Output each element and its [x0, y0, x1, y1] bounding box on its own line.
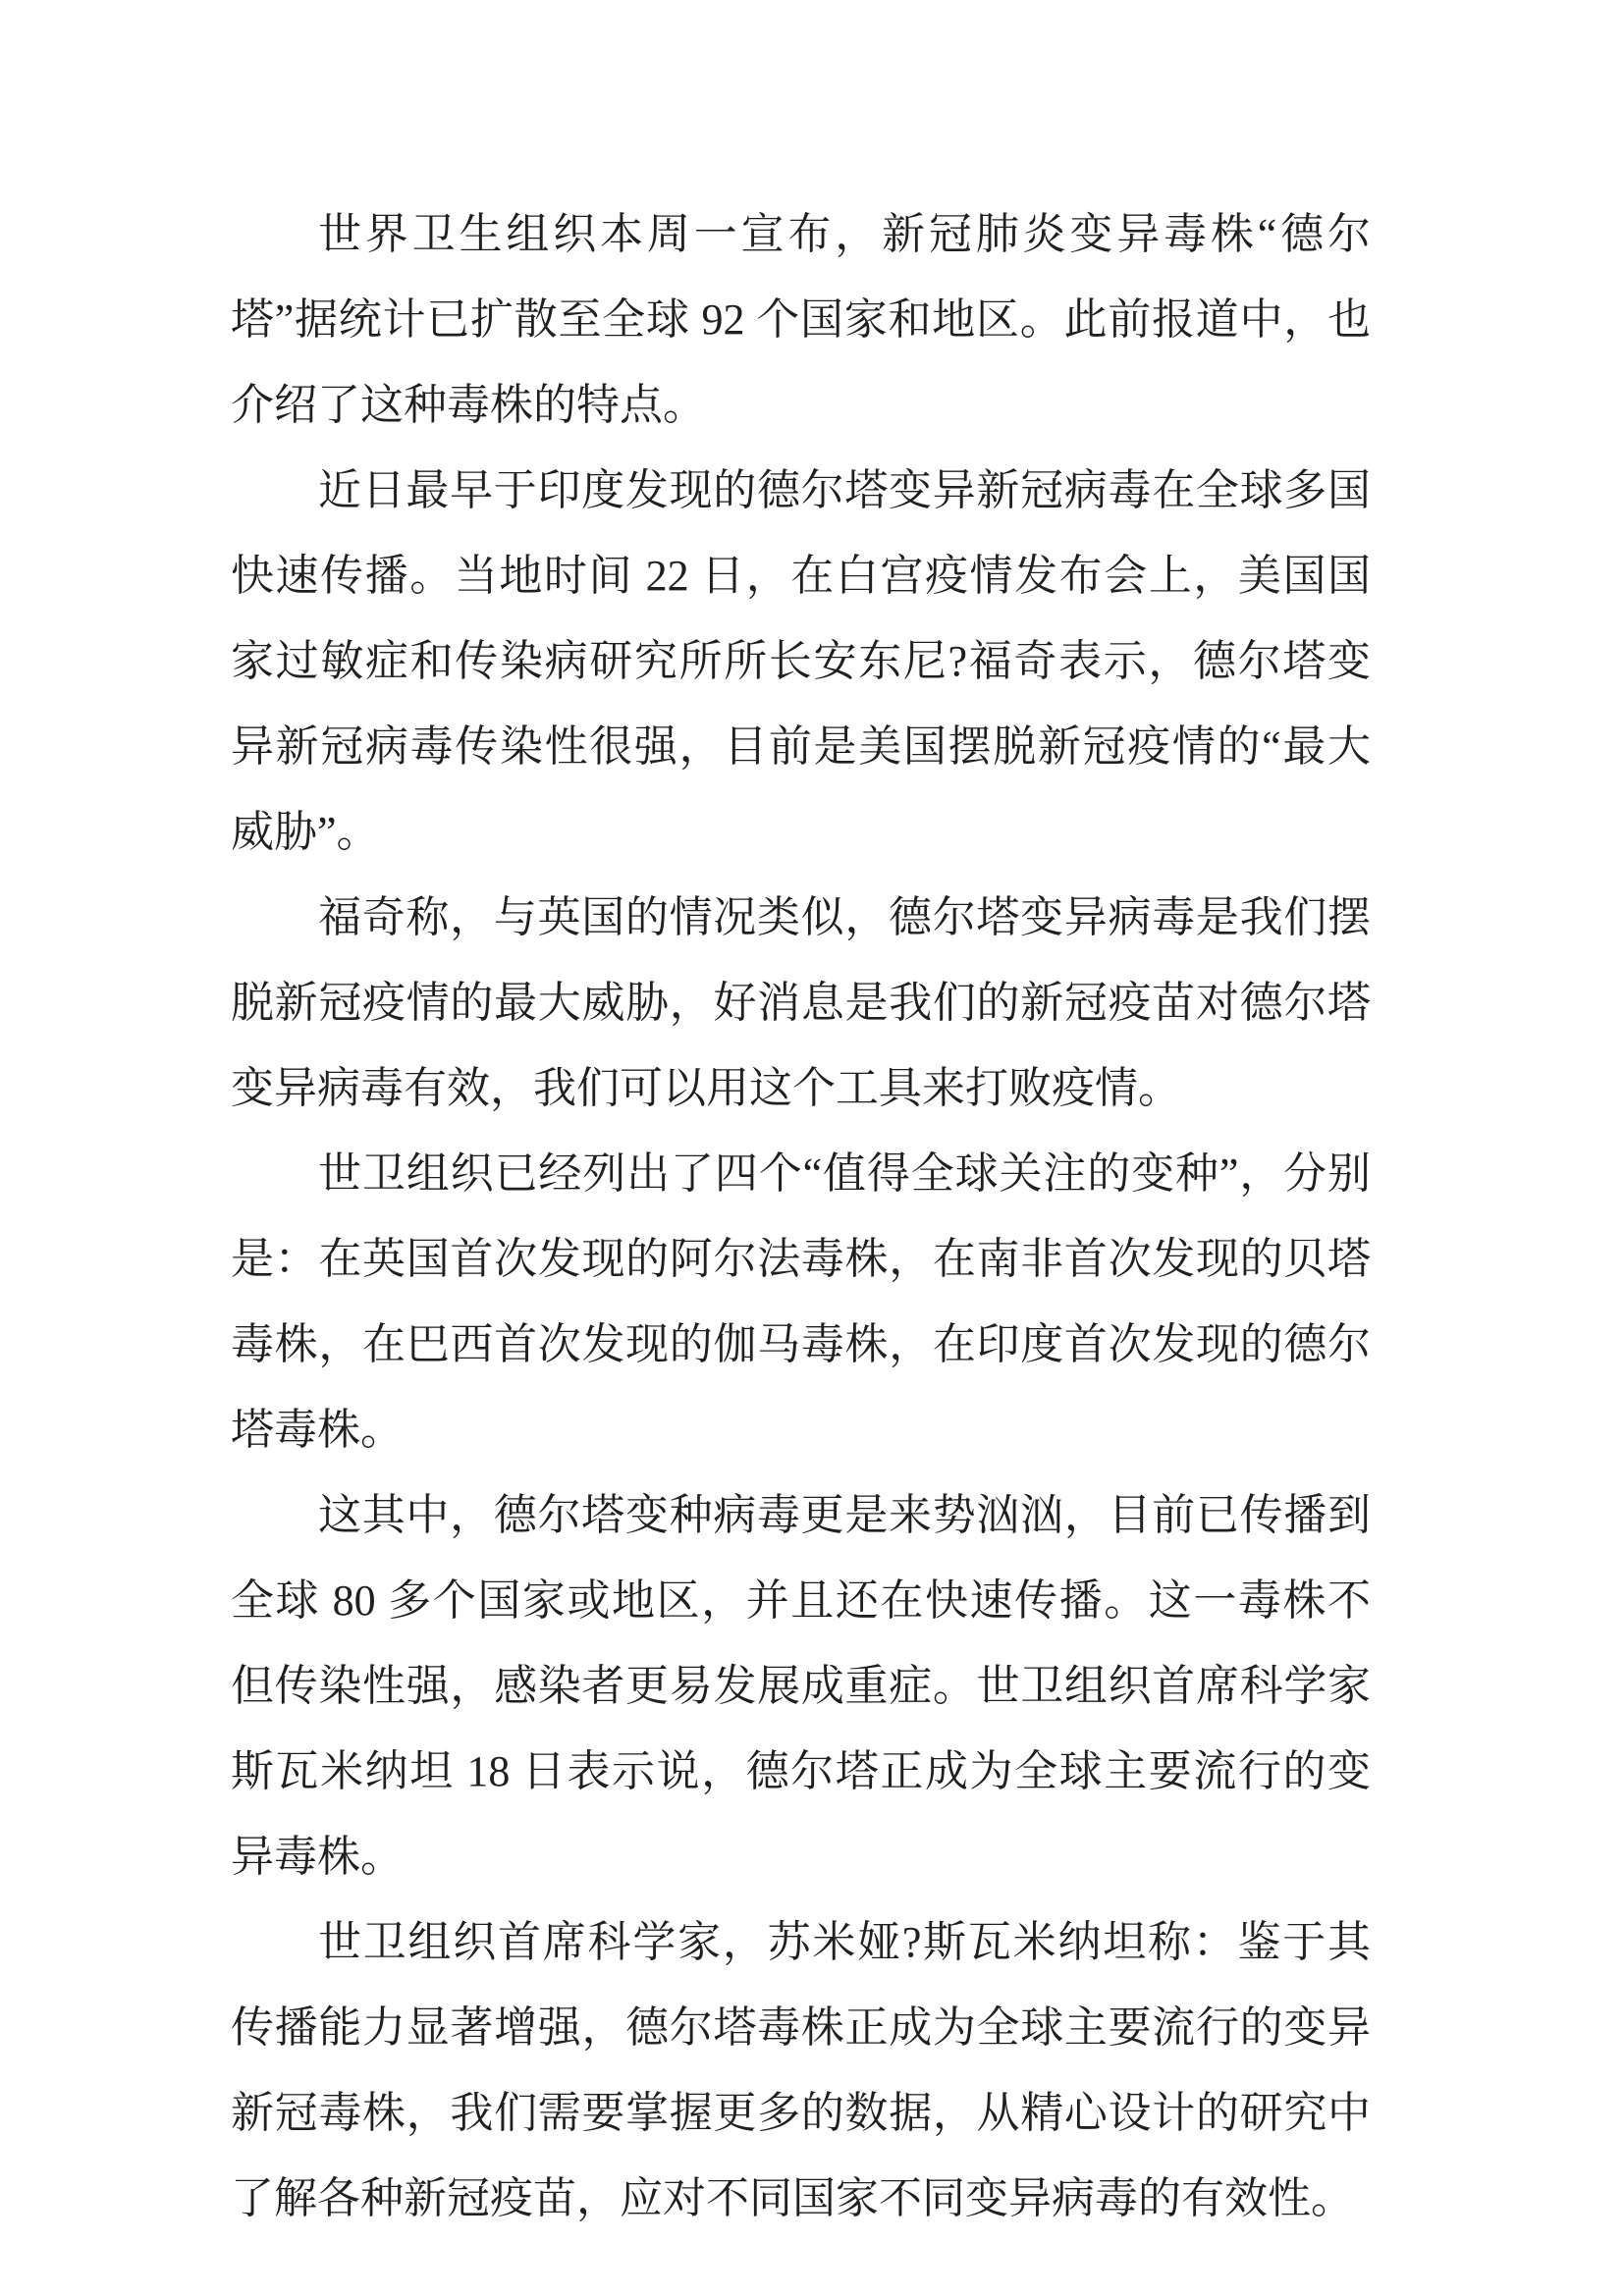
paragraph: 世卫组织已经列出了四个“值得全球关注的变种”，分别是：在英国首次发现的阿尔法毒株… [231, 1131, 1371, 1472]
document-page: 世界卫生组织本周一宣布，新冠肺炎变异毒株“德尔塔”据统计已扩散至全球 92 个国… [0, 0, 1624, 2296]
paragraph: 世卫组织首席科学家，苏米娅?斯瓦米纳坦称：鉴于其传播能力显著增强，德尔塔毒株正成… [231, 1899, 1371, 2241]
paragraph: 世界卫生组织本周一宣布，新冠肺炎变异毒株“德尔塔”据统计已扩散至全球 92 个国… [231, 191, 1371, 448]
paragraph: 这其中，德尔塔变种病毒更是来势汹汹，目前已传播到全球 80 多个国家或地区，并且… [231, 1472, 1371, 1899]
document-content: 世界卫生组织本周一宣布，新冠肺炎变异毒株“德尔塔”据统计已扩散至全球 92 个国… [231, 191, 1371, 2241]
paragraph: 福奇称，与英国的情况类似，德尔塔变异病毒是我们摆脱新冠疫情的最大威胁，好消息是我… [231, 875, 1371, 1131]
paragraph: 近日最早于印度发现的德尔塔变异新冠病毒在全球多国快速传播。当地时间 22 日，在… [231, 448, 1371, 875]
